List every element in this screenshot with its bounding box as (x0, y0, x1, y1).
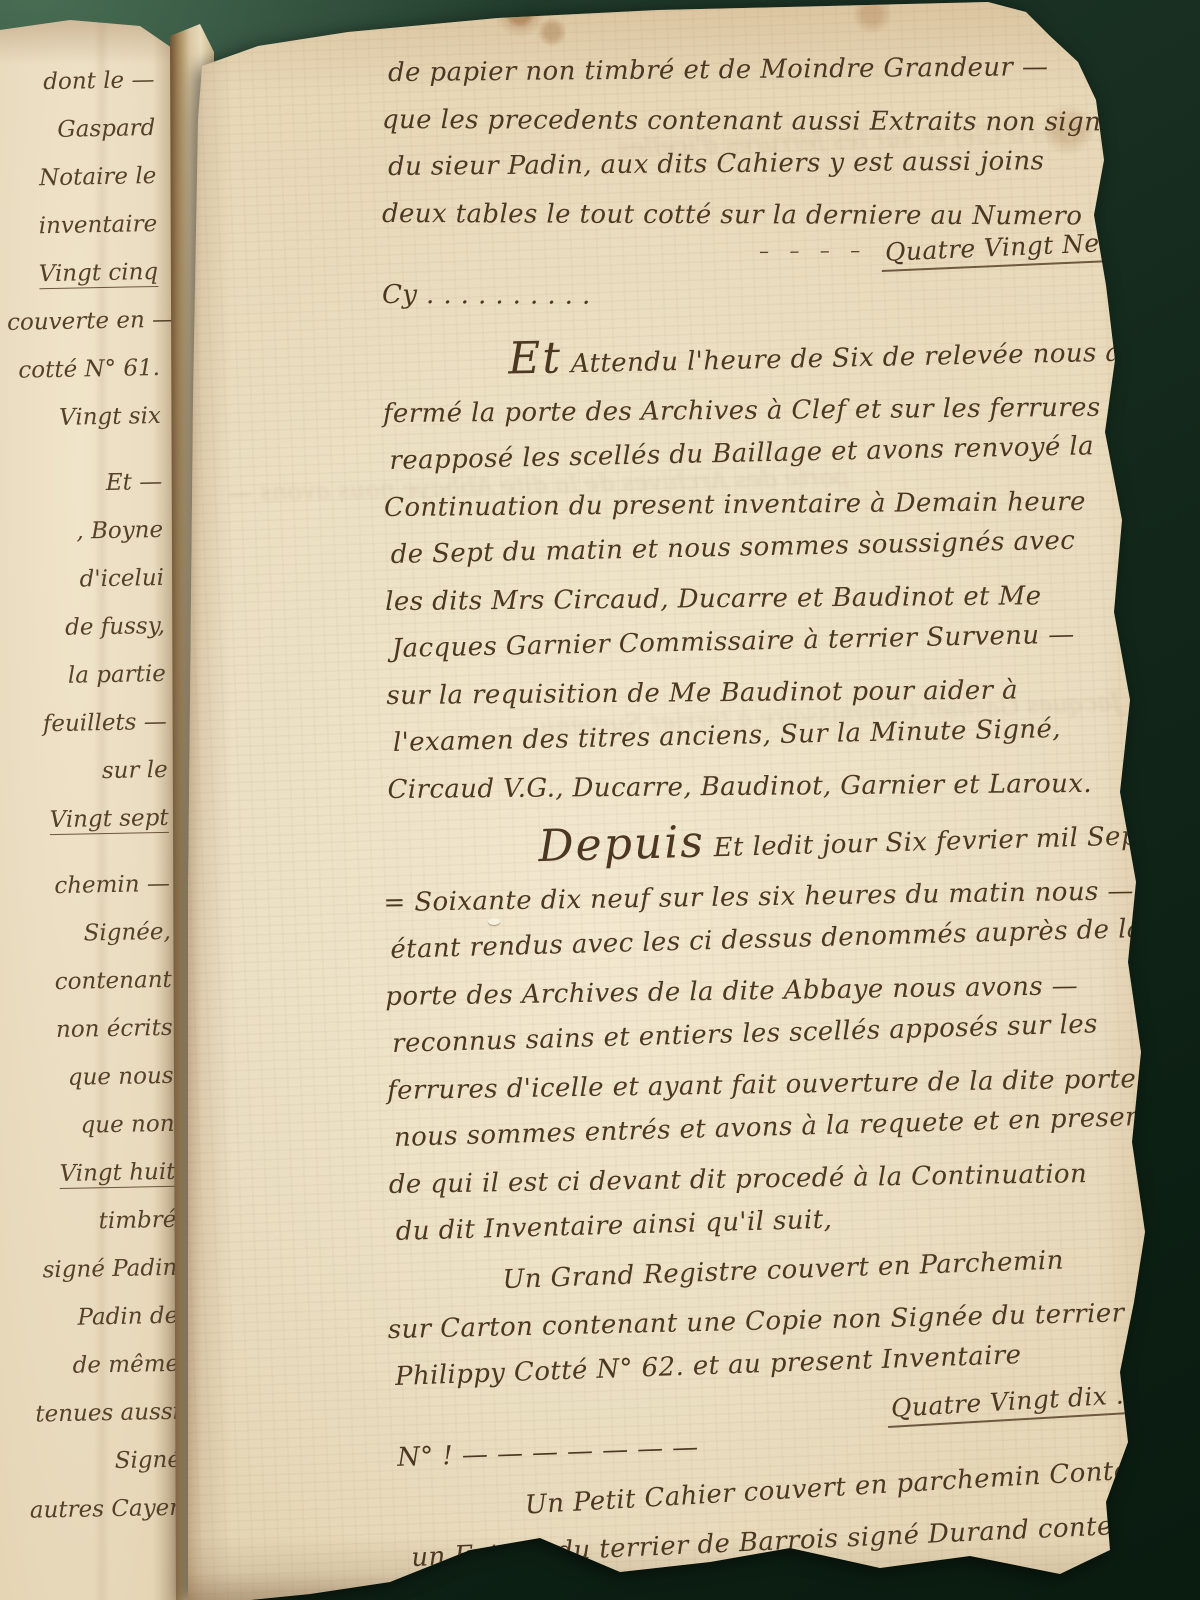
drop-cap-word: Depuis (538, 816, 706, 872)
left-page-line: Signé (29, 1436, 182, 1487)
left-page-line: sur le (15, 746, 168, 797)
left-page-line: Padin de (26, 1292, 179, 1343)
left-page-line: timbré (24, 1196, 177, 1247)
left-page-line-text: couverte en — (7, 307, 176, 336)
left-page-line-text: que nous (68, 1063, 174, 1091)
left-page-line: Vingt six (8, 392, 161, 443)
manuscript-text-column: de papier non timbré et de Moindre Grand… (388, 50, 1144, 1582)
left-page-line-text: Padin de (77, 1303, 178, 1331)
drop-cap-word: Et (508, 332, 563, 384)
left-page-line-text: Vingt huit (59, 1159, 175, 1189)
left-page-line: Signée, (18, 908, 171, 959)
left-page-line-text: Gaspard (57, 115, 156, 143)
left-page-line: Vingt huit (23, 1148, 176, 1199)
left-page: dont le —GaspardNotaire leinventaireVing… (0, 0, 196, 1600)
left-page-line: , Boyne (11, 506, 164, 557)
left-page-line-text: chemin — (54, 871, 170, 899)
left-page-line: autres Cayers (29, 1484, 182, 1535)
left-page-line-text: inventaire (38, 211, 157, 239)
manuscript-line: Et Attendu l'heure de Six de relevée nou… (508, 322, 1145, 389)
left-page-line: que nous (21, 1052, 174, 1103)
left-page-line-text: , Boyne (76, 517, 163, 545)
left-page-line: Et — (10, 458, 163, 509)
left-page-line-text: Signée, (83, 919, 171, 947)
main-page-wrap: fermé la porte des Archives à Clef et su… (188, 0, 1170, 1600)
left-page-line-text: feuillets — (43, 709, 167, 737)
left-page-line: tenues aussi (28, 1388, 181, 1439)
folio-number: Quatre Vingt Neuf (881, 227, 1131, 272)
manuscript-line: Circaud V.G., Ducarre, Baudinot, Garnier… (387, 760, 1143, 814)
manuscript-line: du sieur Padin, aux dits Cahiers y est a… (388, 137, 1144, 191)
left-page-line-text: non écrits (56, 1015, 173, 1043)
manuscript-line: Depuis Et ledit jour Six fevrier mil Sep… (538, 806, 1145, 877)
main-page: fermé la porte des Archives à Clef et su… (188, 0, 1170, 1600)
left-page-line-text: dont le — (43, 67, 155, 95)
left-page-line-text: Et — (106, 469, 163, 496)
left-page-line-text: Signé (114, 1447, 181, 1474)
paragraph: Et Attendu l'heure de Six de relevée nou… (388, 328, 1150, 814)
left-page-line: cotté N° 61. (8, 344, 161, 395)
left-page-line-text: timbré (98, 1207, 176, 1234)
left-page-line-text: de même (72, 1351, 179, 1379)
left-page-line: la partie (13, 650, 166, 701)
left-page-line: d'icelui (12, 554, 165, 605)
left-page-line: couverte en — (7, 296, 160, 347)
paragraph: Un Grand Registre couvert en Parcheminsu… (392, 1240, 1150, 1482)
left-page-line: signé Padin (25, 1244, 178, 1295)
left-page-line-text: que non (80, 1111, 174, 1139)
left-page-line: contenant (19, 956, 172, 1007)
left-page-text-column: dont le —GaspardNotaire leinventaireVing… (2, 56, 182, 1535)
left-page-line-text: signé Padin (42, 1255, 177, 1284)
left-page-line-text: la partie (68, 661, 167, 689)
left-page-line-text: Notaire le (39, 163, 157, 191)
paragraph: Depuis Et ledit jour Six fevrier mil Sep… (388, 811, 1152, 1255)
left-page-line-text: tenues aussi (35, 1399, 180, 1428)
left-page-line: dont le — (2, 56, 155, 107)
left-page-line: chemin — (17, 860, 170, 911)
manuscript-line: de papier non timbré et de Moindre Grand… (388, 43, 1144, 97)
left-page-line: Vingt sept (16, 794, 169, 845)
left-page-line-text: contenant (55, 967, 172, 995)
dash-leader: – – – – (759, 238, 867, 263)
left-page-line: non écrits (20, 1004, 173, 1055)
left-page-line: de même (27, 1340, 180, 1391)
manuscript-line: Cy . . . . . . . . . . (382, 272, 1138, 322)
left-page-line-text: cotté N° 61. (18, 355, 160, 384)
left-page-line: Vingt cinq (6, 248, 159, 299)
left-page-line: inventaire (5, 200, 158, 251)
left-page-line: que non (22, 1100, 175, 1151)
left-page-line: Gaspard (3, 104, 156, 155)
photo-background: dont le —GaspardNotaire leinventaireVing… (0, 0, 1200, 1600)
left-page-line-text: Vingt six (59, 403, 161, 431)
left-page-line-text: d'icelui (79, 565, 164, 593)
left-page-line: Notaire le (4, 152, 157, 203)
paragraph: de papier non timbré et de Moindre Grand… (388, 50, 1144, 319)
folio-line: – – – –Quatre Vingt Neuf (388, 231, 1144, 272)
left-page-line-text: autres Cayers (30, 1495, 193, 1524)
left-page-line-text: Vingt cinq (38, 259, 158, 289)
left-page-line-text: de fussy, (65, 613, 165, 641)
left-page-line: de fussy, (13, 602, 166, 653)
left-page-line-text: Vingt sept (49, 805, 169, 835)
left-page-line: feuillets — (14, 698, 167, 749)
left-page-line-text: sur le (102, 757, 168, 784)
